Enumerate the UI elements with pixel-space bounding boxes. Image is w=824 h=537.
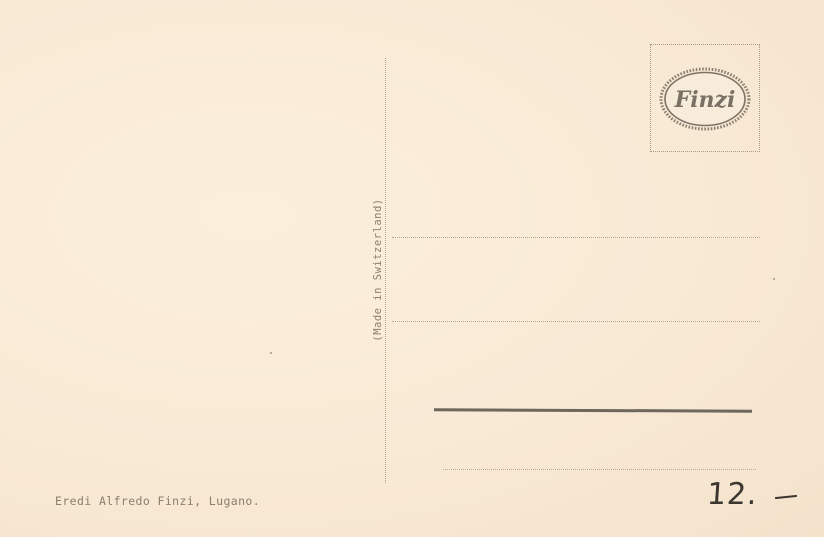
address-line-3 xyxy=(434,408,752,412)
publisher-imprint: Eredi Alfredo Finzi, Lugano. xyxy=(55,494,260,508)
paper-speck xyxy=(270,352,272,354)
address-line-1 xyxy=(392,237,760,238)
made-in-switzerland-text: (Made in Switzerland) xyxy=(372,198,384,341)
handwritten-price: 12. xyxy=(706,477,759,512)
paper-speck xyxy=(773,278,775,280)
handwritten-dash xyxy=(775,495,797,499)
postcard-back: (Made in Switzerland) Finzi Eredi Alfred… xyxy=(0,0,824,537)
stamp-box: Finzi xyxy=(650,44,760,152)
address-line-2 xyxy=(392,321,760,322)
center-divider-line xyxy=(385,58,386,483)
finzi-logo-icon: Finzi xyxy=(659,67,751,131)
svg-text:Finzi: Finzi xyxy=(674,87,736,113)
address-line-4 xyxy=(443,469,756,470)
